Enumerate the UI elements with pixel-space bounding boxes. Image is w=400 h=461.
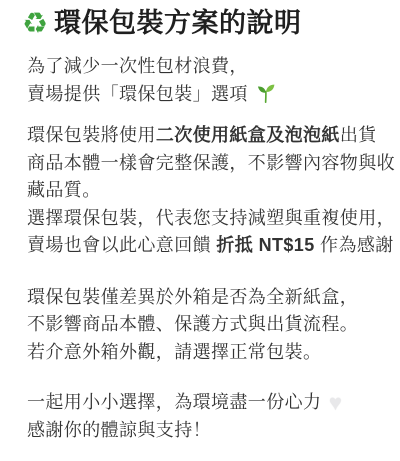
text-line: 賣場提供「環保包裝」選項: [27, 81, 382, 109]
body-text: 出貨: [340, 125, 377, 145]
text-line: 環保包裝僅差異於外箱是否為全新紙盒，: [27, 284, 382, 312]
body-text: 賣場提供「環保包裝」選項: [27, 84, 253, 104]
body-text: 賣場也會以此心意回饋: [27, 235, 216, 255]
body-text: 不影響商品本體、保護方式與出貨流程。: [27, 314, 358, 334]
emphasis-text: 二次使用紙盒及泡泡紙: [156, 125, 340, 145]
body-text: 為了減少一次性包材浪費，: [27, 56, 248, 76]
paragraphs: 為了減少一次性包材浪費，賣場提供「環保包裝」選項 環保包裝將使用二次使用紙盒及泡…: [27, 53, 382, 444]
emphasis-text: 折抵 NT$15: [216, 235, 314, 255]
body-text: 商品本體一樣會完整保護，不影響內容物與收: [27, 153, 395, 173]
text-line: 為了減少一次性包材浪費，: [27, 53, 382, 81]
text-line: 商品本體一樣會完整保護，不影響內容物與收: [27, 150, 382, 178]
body-text: 感謝你的體諒與支持！: [27, 420, 211, 440]
body-text: 環保包裝僅差異於外箱是否為全新紙盒，: [27, 287, 358, 307]
text-line: 感謝你的體諒與支持！: [27, 417, 382, 445]
body-text: 藏品質。: [27, 180, 101, 200]
text-line: 若介意外箱外觀，請選擇正常包裝。: [27, 339, 382, 367]
eco-packaging-notice: ♻ 環保包裝方案的說明 為了減少一次性包材浪費，賣場提供「環保包裝」選項 環保包…: [0, 0, 400, 444]
text-line: 環保包裝將使用二次使用紙盒及泡泡紙出貨: [27, 122, 382, 150]
body-text: 一起用小小選擇，為環境盡一份心力: [27, 392, 327, 412]
text-line: 藏品質。: [27, 177, 382, 205]
body-text: 選擇環保包裝，代表您支持減塑與重複使用，: [27, 208, 395, 228]
recycle-icon: ♻: [22, 10, 48, 39]
paragraph: 為了減少一次性包材浪費，賣場提供「環保包裝」選項: [27, 53, 382, 108]
page-title: ♻ 環保包裝方案的說明: [22, 5, 382, 41]
paragraph: 一起用小小選擇，為環境盡一份心力 ♥感謝你的體諒與支持！: [27, 389, 382, 444]
paragraph: 環保包裝僅差異於外箱是否為全新紙盒，不影響商品本體、保護方式與出貨流程。若介意外…: [27, 284, 382, 367]
white-heart-icon: ♥: [329, 390, 342, 415]
body-text: 環保包裝將使用: [27, 125, 156, 145]
paragraph: 環保包裝將使用二次使用紙盒及泡泡紙出貨商品本體一樣會完整保護，不影響內容物與收藏…: [27, 122, 382, 260]
text-line: 一起用小小選擇，為環境盡一份心力 ♥: [27, 389, 382, 417]
seedling-icon: [255, 82, 277, 104]
body-text: 若介意外箱外觀，請選擇正常包裝。: [27, 342, 321, 362]
text-line: 選擇環保包裝，代表您支持減塑與重複使用，: [27, 205, 382, 233]
text-line: 不影響商品本體、保護方式與出貨流程。: [27, 311, 382, 339]
text-line: 賣場也會以此心意回饋 折抵 NT$15 作為感謝: [27, 232, 382, 260]
page-title-text: 環保包裝方案的說明: [54, 5, 302, 41]
body-text: 作為感謝: [315, 235, 394, 255]
